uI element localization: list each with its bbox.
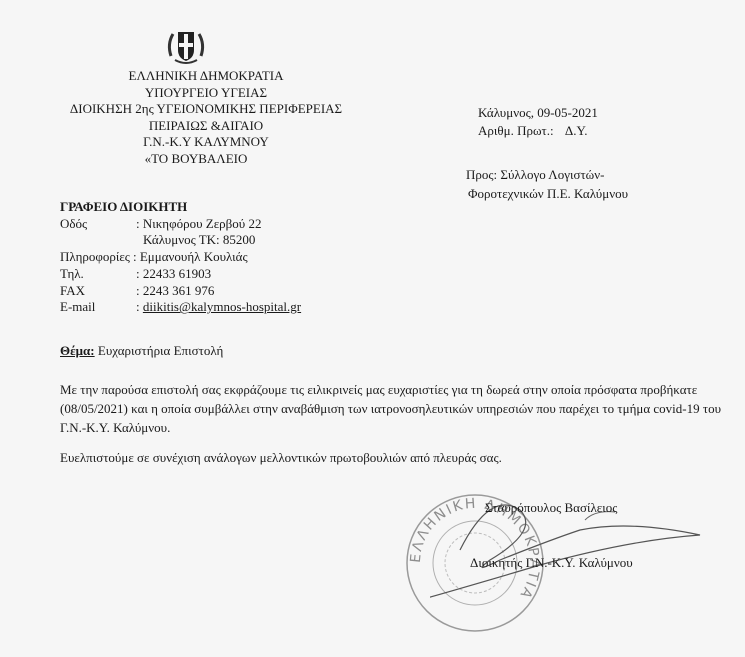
protocol-value: Δ.Υ. xyxy=(565,123,588,138)
city-value: Κάλυμνος ΤΚ: 85200 xyxy=(136,232,255,249)
letterhead: ΕΛΛΗΝΙΚΗ ΔΗΜΟΚΡΑΤΙΑ ΥΠΟΥΡΓΕΙΟ ΥΓΕΙΑΣ ΔΙΟ… xyxy=(56,68,356,167)
phone-value: : 22433 61903 xyxy=(136,266,211,283)
email-prefix: : xyxy=(136,299,143,316)
recipient-block: Προς: Σύλλογο Λογιστών- Φοροτεχνικών Π.Ε… xyxy=(466,165,628,203)
signatory-title: Διοικητής Γ.Ν.-Κ.Υ. Καλύμνου xyxy=(470,555,633,571)
coat-of-arms-icon xyxy=(165,26,207,68)
recipient-line-1: Προς: Σύλλογο Λογιστών- xyxy=(466,165,628,184)
letterhead-line: ΠΕΙΡΑΙΩΣ &ΑΙΓΑΙΟ xyxy=(56,118,356,135)
subject-label: Θέμα: xyxy=(60,343,95,358)
office-block: ΓΡΑΦΕΙΟ ΔΙΟΙΚΗΤΗ Οδός : Νικηφόρου Ζερβού… xyxy=(60,199,301,316)
body-paragraph-2: Ευελπιστούμε σε συνέχιση ανάλογων μελλον… xyxy=(60,448,740,467)
info-label: Πληροφορίες xyxy=(60,249,130,266)
letterhead-line: ΕΛΛΗΝΙΚΗ ΔΗΜΟΚΡΑΤΙΑ xyxy=(56,68,356,85)
email-label: E-mail xyxy=(60,299,136,316)
street-label: Οδός xyxy=(60,216,136,233)
phone-label: Τηλ. xyxy=(60,266,136,283)
letterhead-line: ΔΙΟΙΚΗΣΗ 2ης ΥΓΕΙΟΝΟΜΙΚΗΣ ΠΕΡΙΦΕΡΕΙΑΣ xyxy=(56,101,356,118)
subject-value: Ευχαριστήρια Επιστολή xyxy=(95,343,224,358)
protocol-label: Αριθμ. Πρωτ.: xyxy=(478,123,554,138)
fax-value: : 2243 361 976 xyxy=(136,283,214,300)
street-value: : Νικηφόρου Ζερβού 22 xyxy=(136,216,261,233)
fax-label: FAX xyxy=(60,283,136,300)
place-date: Κάλυμνος, 09-05-2021 xyxy=(478,104,598,122)
email-link[interactable]: diikitis@kalymnos-hospital.gr xyxy=(143,299,301,316)
letterhead-line: ΥΠΟΥΡΓΕΙΟ ΥΓΕΙΑΣ xyxy=(56,85,356,102)
subject-line: Θέμα: Ευχαριστήρια Επιστολή xyxy=(60,343,223,359)
recipient-line-2: Φοροτεχνικών Π.Ε. Καλύμνου xyxy=(466,184,628,203)
signatory-name: Σταυρόπουλος Βασίλειος xyxy=(485,500,617,516)
info-value: : Εμμανουήλ Κουλιάς xyxy=(130,249,248,266)
spacer xyxy=(60,232,136,249)
letter-body: Με την παρούσα επιστολή σας εκφράζουμε τ… xyxy=(60,380,740,467)
date-protocol-block: Κάλυμνος, 09-05-2021 Αριθμ. Πρωτ.: Δ.Υ. xyxy=(478,104,598,140)
letterhead-line: «ΤΟ ΒΟΥΒΑΛΕΙΟ xyxy=(56,151,356,168)
office-title: ΓΡΑΦΕΙΟ ΔΙΟΙΚΗΤΗ xyxy=(60,199,301,216)
body-paragraph-1: Με την παρούσα επιστολή σας εκφράζουμε τ… xyxy=(60,380,740,437)
letterhead-line: Γ.Ν.-Κ.Υ ΚΑΛΥΜΝΟΥ xyxy=(56,134,356,151)
